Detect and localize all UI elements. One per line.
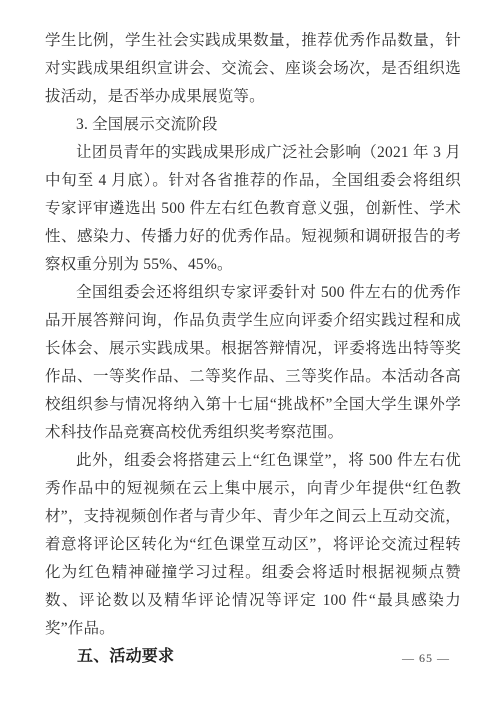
subheading-stage-3: 3. 全国展示交流阶段 bbox=[45, 111, 461, 139]
paragraph-defense-awards: 全国组委会还将组织专家评委针对 500 件左右的优秀作品开展答辩问询，作品负责学… bbox=[45, 279, 461, 447]
page-number: — 65 — bbox=[402, 651, 450, 665]
section-heading-activity-requirements: 五、活动要求 bbox=[45, 643, 461, 671]
paragraph-national-selection: 让团员青年的实践成果形成广泛社会影响（2021 年 3 月中旬至 4 月底）。针… bbox=[45, 139, 461, 279]
document-body: 学生比例，学生社会实践成果数量，推荐优秀作品数量，针对实践成果组织宣讲会、交流会… bbox=[45, 27, 461, 671]
paragraph-cloud-red-classroom: 此外，组委会将搭建云上“红色课堂”，将 500 件左右优秀作品中的短视频在云上集… bbox=[45, 447, 461, 643]
document-page: 学生比例，学生社会实践成果数量，推荐优秀作品数量，针对实践成果组织宣讲会、交流会… bbox=[0, 0, 502, 703]
paragraph-continued: 学生比例，学生社会实践成果数量，推荐优秀作品数量，针对实践成果组织宣讲会、交流会… bbox=[45, 27, 461, 111]
